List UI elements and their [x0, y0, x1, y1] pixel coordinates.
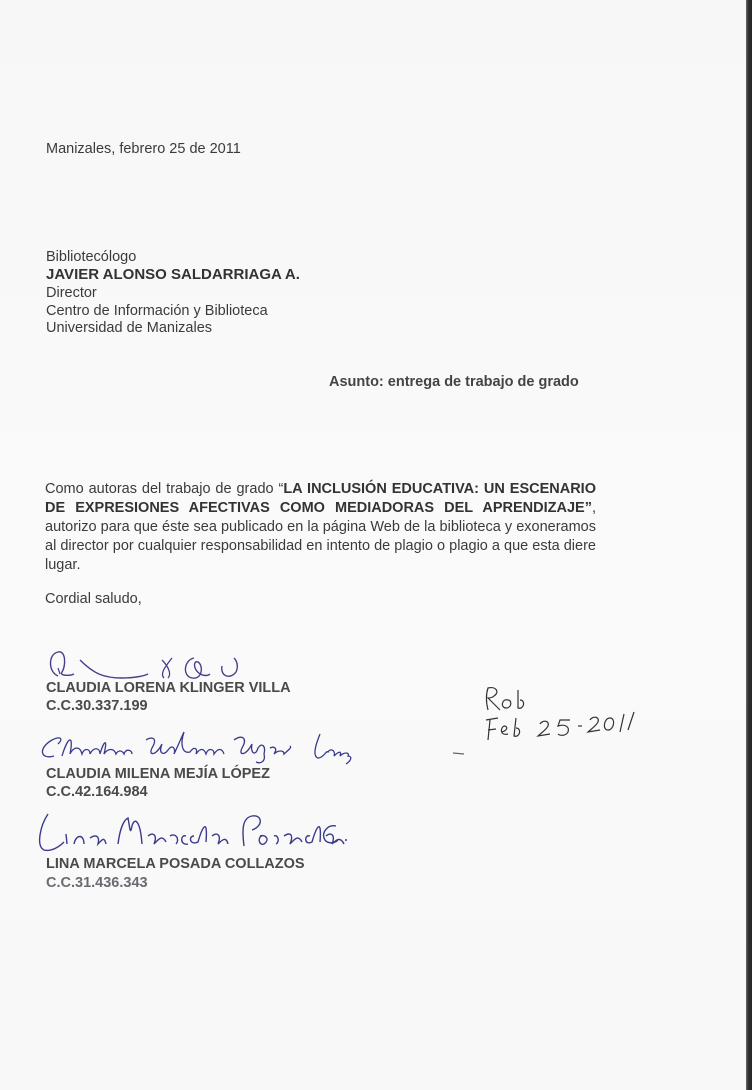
handwritten-signature-icon: [34, 726, 364, 766]
signatory-1-id: C.C.30.337.199: [46, 697, 148, 715]
signature-2: [34, 726, 364, 766]
scanner-edge: [746, 0, 752, 1090]
handwritten-signature-icon: [30, 806, 350, 854]
recipient-name: JAVIER ALONSO SALDARRIAGA A.: [46, 266, 300, 284]
signatory-2-name: CLAUDIA MILENA MEJÍA LÓPEZ: [46, 765, 270, 783]
recipient-institution: Universidad de Manizales: [46, 319, 212, 337]
recipient-department: Centro de Información y Biblioteca: [46, 302, 268, 320]
body-intro: Como autoras del trabajo de grado “: [45, 481, 283, 497]
signatory-3-name: LINA MARCELA POSADA COLLAZOS: [46, 855, 305, 873]
signatory-2-id: C.C.42.164.984: [46, 783, 148, 801]
signatory-3-id: C.C.31.436.343: [46, 874, 148, 892]
body-paragraph: Como autoras del trabajo de grado “LA IN…: [45, 480, 596, 575]
closing-quote: ”: [585, 500, 592, 516]
signatory-1-name: CLAUDIA LORENA KLINGER VILLA: [46, 679, 291, 697]
ink-smudge-icon: [452, 750, 466, 756]
signature-3-initial: [318, 822, 352, 846]
signature-1: [44, 646, 274, 682]
ink-mark: [452, 743, 466, 761]
handwritten-note-icon: [478, 684, 668, 744]
signature-3: [30, 806, 350, 854]
scanned-letter-page: Manizales, febrero 25 de 2011 Bibliotecó…: [0, 0, 746, 1090]
recipient-position: Director: [46, 284, 97, 302]
received-note: [478, 684, 668, 749]
handwritten-signature-icon: [44, 646, 274, 682]
subject-line: Asunto: entrega de trabajo de grado: [329, 373, 579, 391]
place-date: Manizales, febrero 25 de 2011: [46, 140, 241, 158]
salutation: Cordial saludo,: [45, 590, 142, 608]
handwritten-initial-icon: [318, 822, 352, 846]
recipient-title: Bibliotecólogo: [46, 248, 136, 266]
